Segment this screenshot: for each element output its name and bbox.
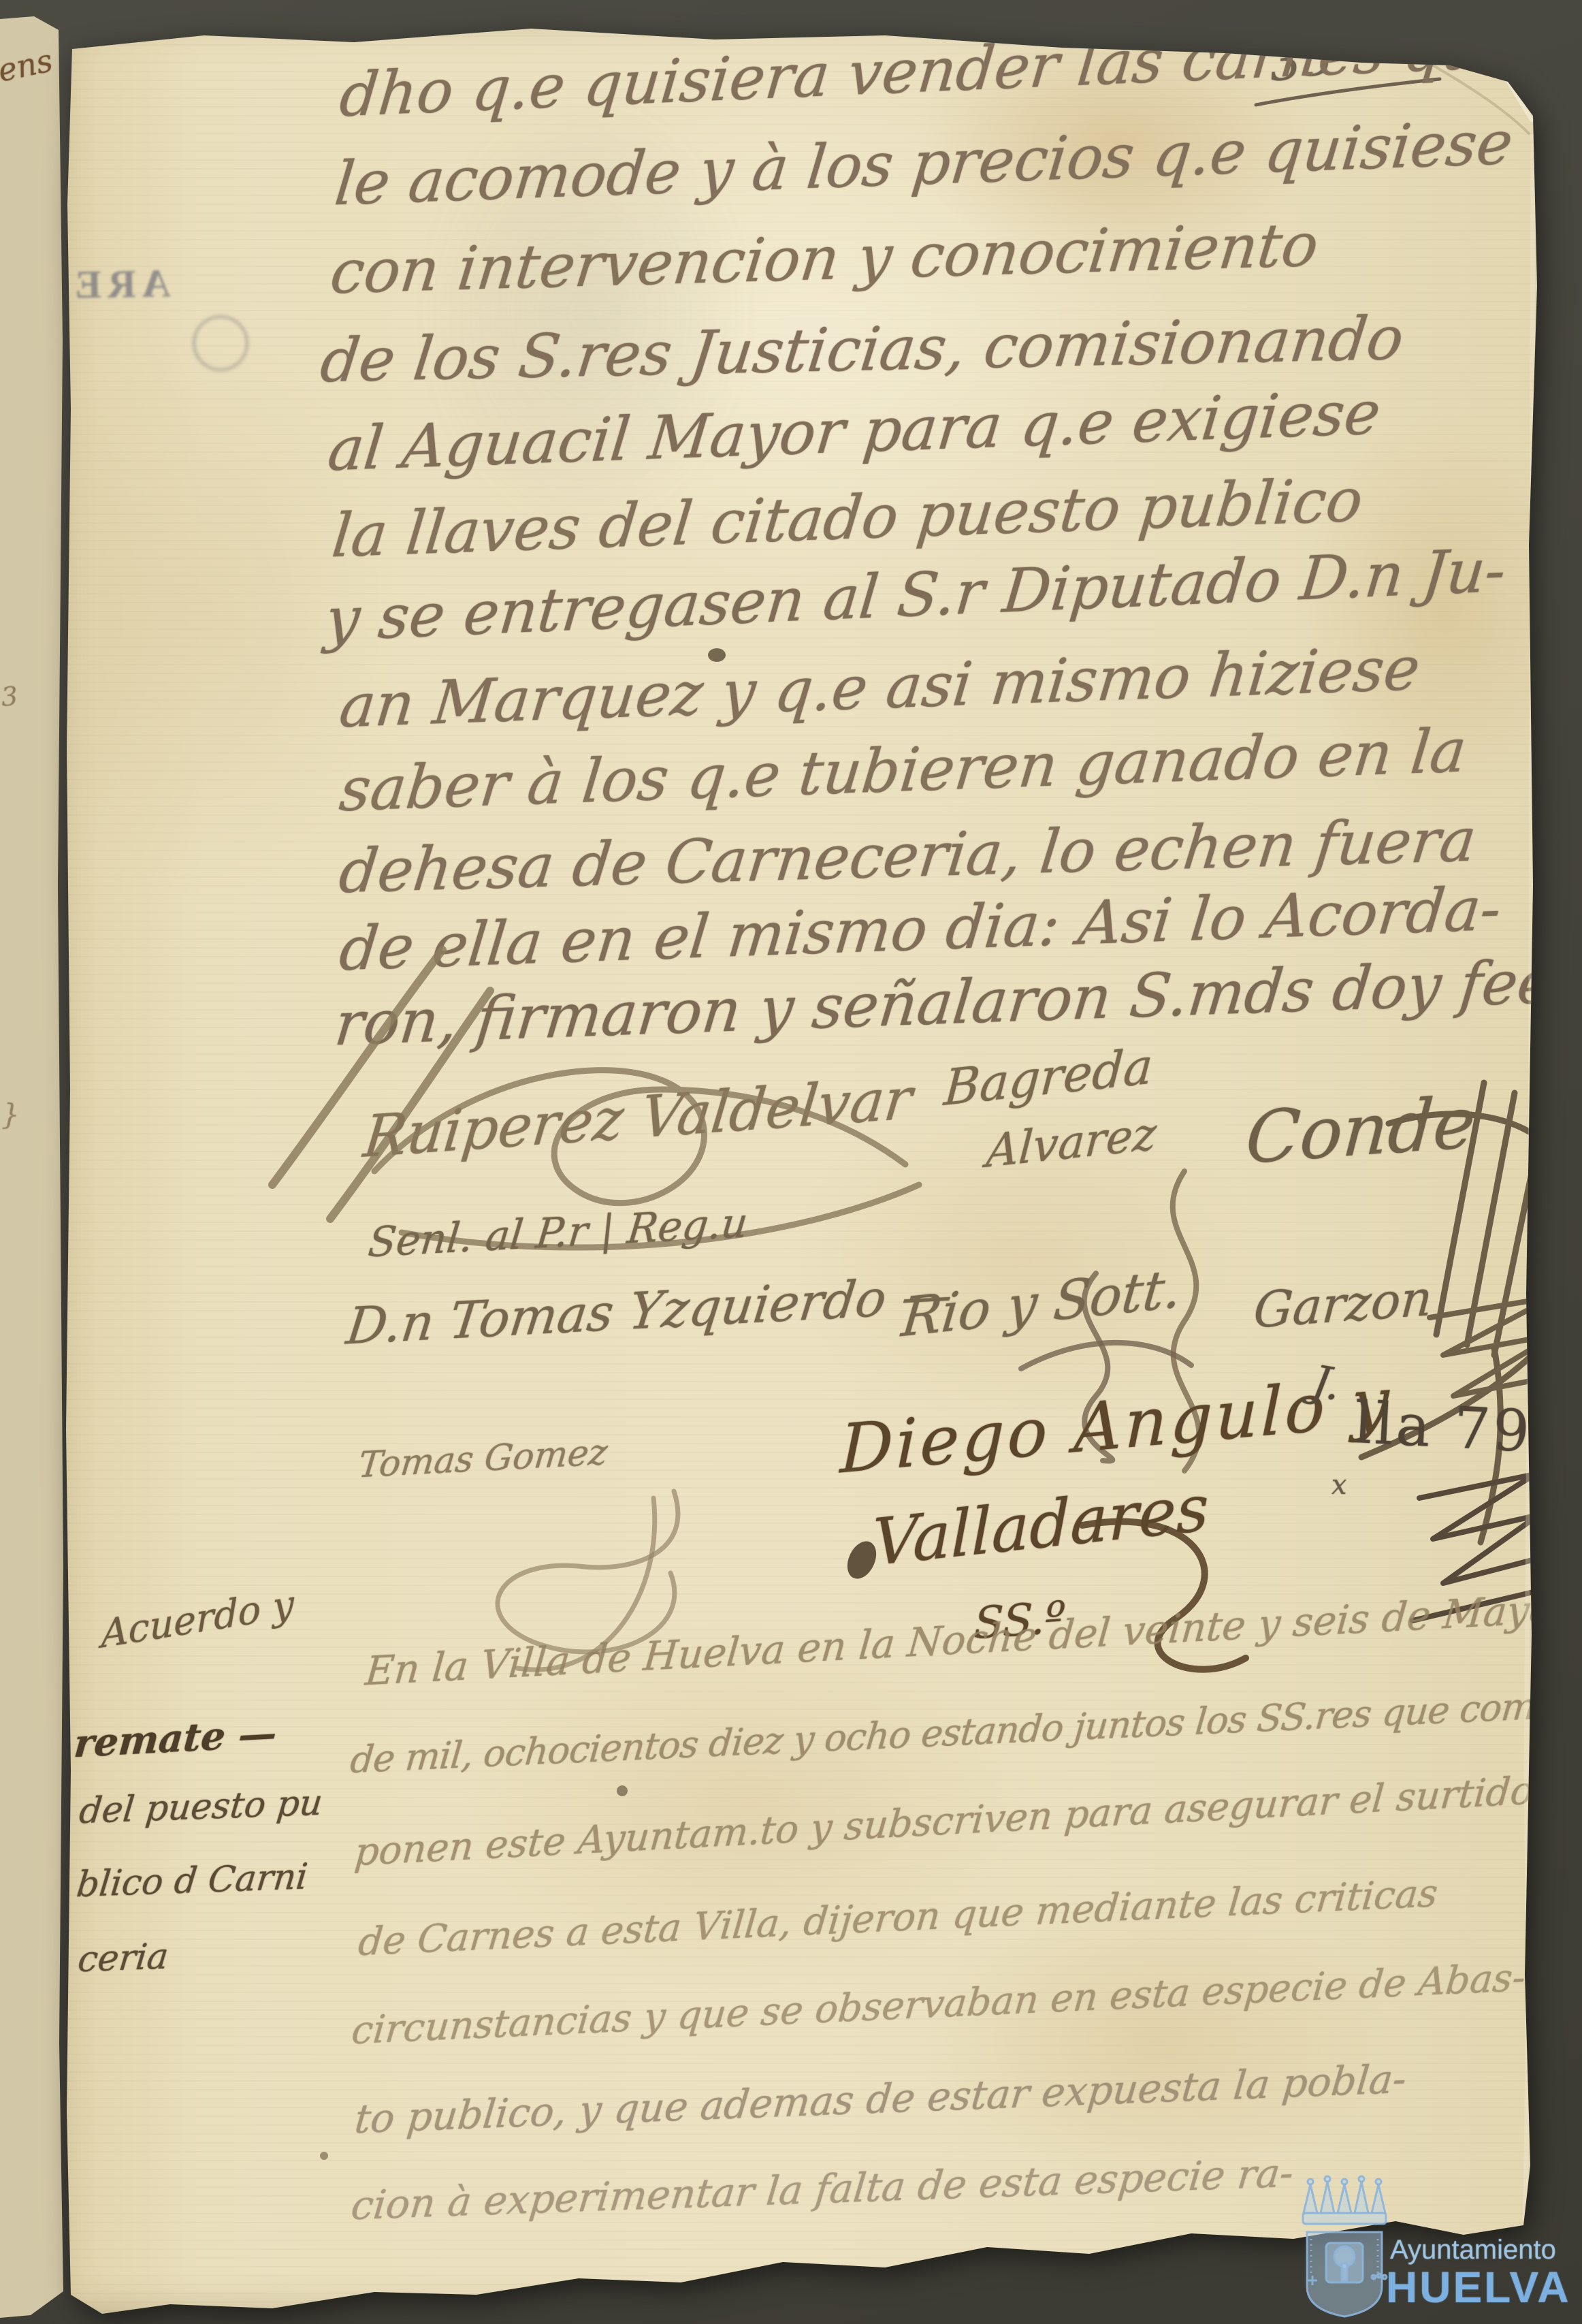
coat-of-arms-icon [1287, 2174, 1402, 2322]
archive-watermark: Ayuntamiento HUELVA [1280, 2174, 1582, 2324]
page-edge-highlight [0, 0, 1582, 2324]
watermark-city: HUELVA [1386, 2262, 1571, 2312]
watermark-org: Ayuntamiento [1390, 2235, 1556, 2265]
scanned-manuscript: ens 3 } ARENTA 33 dho q.e quisiera vende… [0, 0, 1582, 2324]
page-shadow-wrapper: ARENTA 33 dho q.e quisiera vender las ca… [0, 0, 1582, 2324]
manuscript-page: ARENTA 33 dho q.e quisiera vender las ca… [0, 0, 1582, 2324]
